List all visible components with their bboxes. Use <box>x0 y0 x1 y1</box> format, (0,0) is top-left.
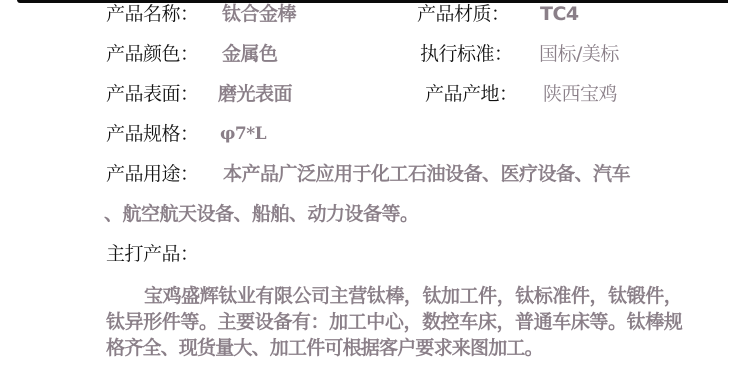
product-name-label: 产品名称： <box>106 2 199 26</box>
product-usage-value-line2: 、航空航天设备、船舶、动力设备等。 <box>104 202 419 226</box>
product-color-label: 产品颜色： <box>106 42 199 66</box>
product-material-label: 产品材质： <box>417 2 510 26</box>
product-usage-value-line1: 本产品广泛应用于化工石油设备、医疗设备、汽车 <box>223 162 630 186</box>
product-surface-value: 磨光表面 <box>218 82 292 106</box>
product-origin-label: 产品产地： <box>425 82 518 106</box>
product-color-value: 金属色 <box>222 42 278 66</box>
product-standard-value: 国标/美标 <box>539 42 619 66</box>
product-standard-label: 执行标准： <box>420 42 513 66</box>
product-origin-value: 陕西宝鸡 <box>543 82 617 106</box>
product-surface-label: 产品表面： <box>106 82 199 106</box>
product-size-value: φ7*L <box>220 122 266 146</box>
product-size-label: 产品规格： <box>106 122 199 146</box>
main-products-description: 宝鸡盛辉钛业有限公司主营钛棒，钛加工件，钛标准件，钛锻件，钛异形件等。主要设备有… <box>106 283 682 361</box>
main-products-label: 主打产品： <box>106 242 199 266</box>
product-usage-label: 产品用途： <box>106 162 199 186</box>
product-name-value: 钛合金棒 <box>222 2 296 26</box>
product-material-value: TC4 <box>540 2 579 26</box>
